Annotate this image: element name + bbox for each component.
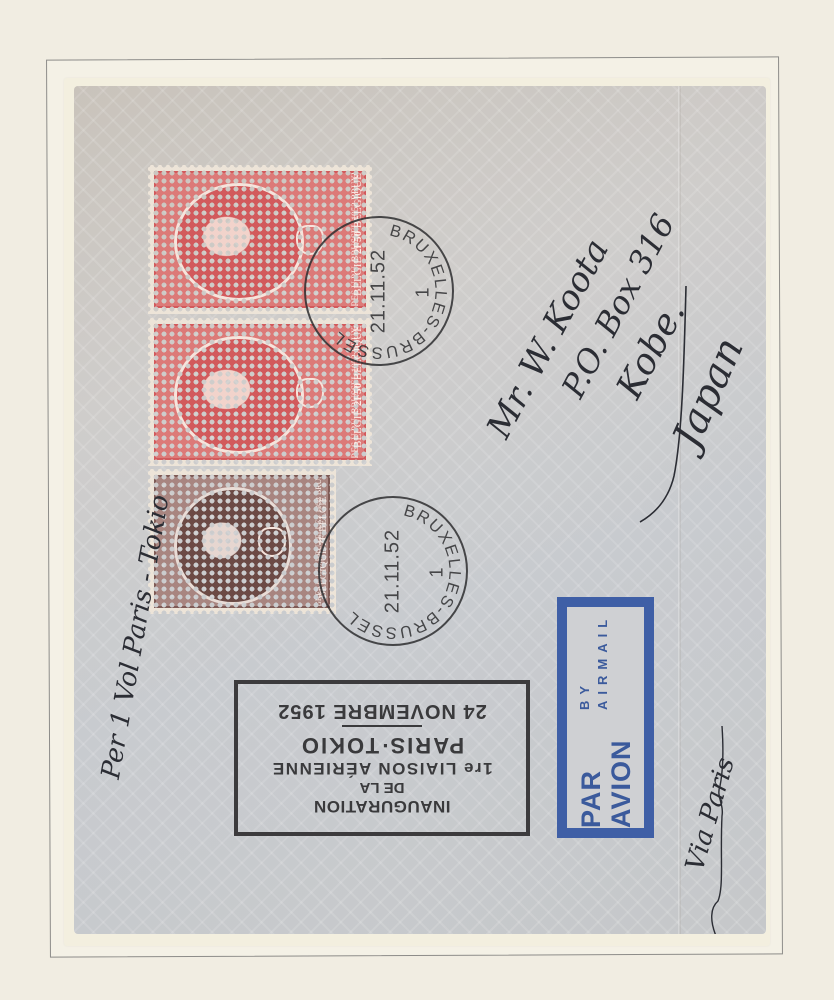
cachet-line-3: 1re LIAISON AÉRIENNE xyxy=(271,759,492,779)
cachet-line-4: PARIS·TOKIO xyxy=(300,733,464,759)
routing-note: Per 1 Vol Paris - Tokio xyxy=(96,493,176,782)
airmail-cover: CONGRES U.P.U. BRUSSEL 1952 BRUXELLES CO… xyxy=(74,86,766,934)
cachet-line-5: 24 NOVEMBRE 1952 xyxy=(277,700,486,723)
portrait-oval xyxy=(174,336,304,454)
postmark-lower: BRUXELLES-BRUSSEL 21.11.52 1 xyxy=(318,496,468,646)
postmark-date: 21.11.52 xyxy=(368,249,391,333)
postmark-date: 21.11.52 xyxy=(382,529,405,613)
cachet-rule xyxy=(342,726,422,728)
cachet-line-2: DE LA xyxy=(360,779,405,797)
cachet-line-1: INAUGURATION xyxy=(314,797,451,817)
inaugural-flight-cachet: INAUGURATION DE LA 1re LIAISON AÉRIENNE … xyxy=(234,680,530,836)
postmark-upper: BRUXELLES-BRUSSEL 21.11.52 1 xyxy=(304,216,454,366)
postmark-office: 1 xyxy=(412,287,433,297)
crest-icon xyxy=(258,527,286,557)
via-underline-flourish xyxy=(702,726,732,934)
stamp-brown: CONGRES U.P.U. BRUXELLES 1952 BRUSSEL xyxy=(148,469,336,614)
airmail-label-main: PAR AVION xyxy=(576,710,636,828)
postmark-office: 1 xyxy=(426,567,447,577)
address-underline-flourish xyxy=(634,286,694,526)
airmail-label: PAR AVION BY AIRMAIL xyxy=(557,597,654,838)
airmail-label-sub: BY AIRMAIL xyxy=(576,607,636,710)
portrait-oval xyxy=(174,183,304,301)
